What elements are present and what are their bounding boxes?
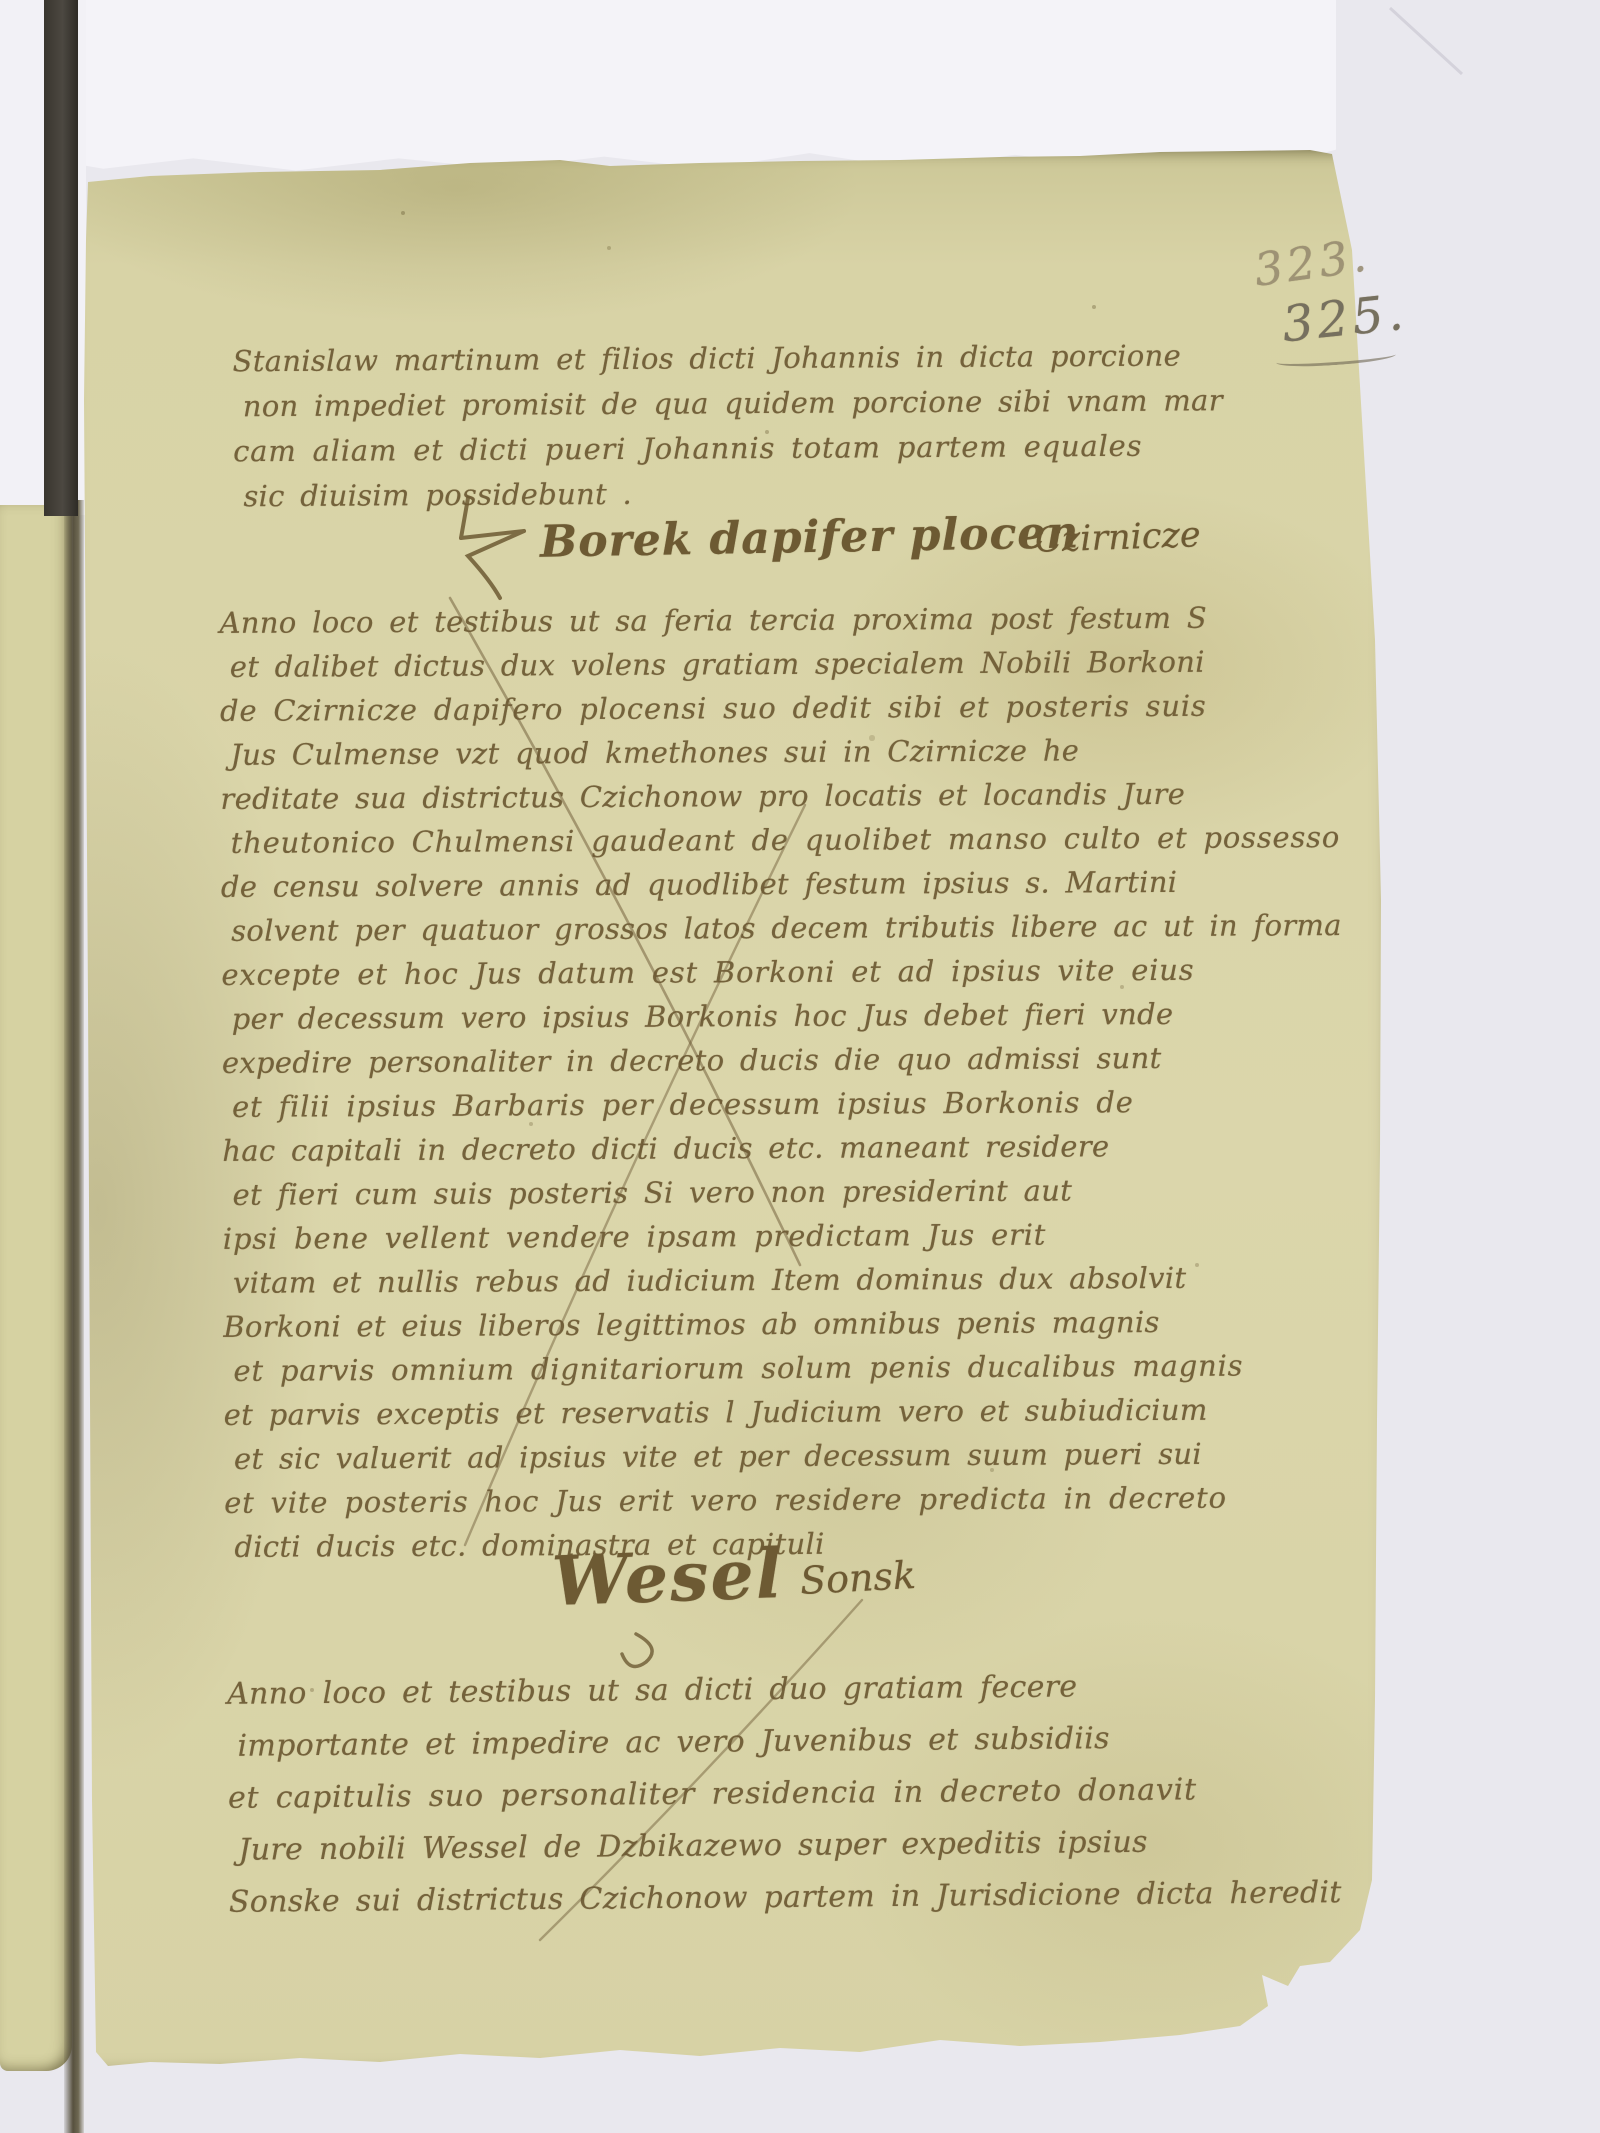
manuscript-line: Jure nobili Wessel de Dzbikazewo super e… [238,1815,1328,1877]
entry1-heading: Borek dapifer plocen [540,507,1080,567]
manuscript-line: et parvis exceptis et reservatis l Judic… [224,1387,1334,1437]
manuscript-line: per decessum vero ipsius Borkonis hoc Ju… [232,991,1332,1041]
manuscript-line: importante et impedire ac vero Juvenibus… [237,1711,1327,1773]
manuscript-line: Anno loco et testibus ut sa feria tercia… [219,595,1329,645]
entry2-margin-note: Sonsk [799,1553,917,1603]
paper-crease [1390,8,1462,74]
manuscript-line: Sonske sui districtus Czichonow partem i… [229,1867,1329,1929]
manuscript-line: reditate sua districtus Czichonow pro lo… [220,771,1330,821]
manuscript-line: et parvis omnium dignitariorum solum pen… [233,1343,1333,1393]
manuscript-line: et capitulis suo personaliter residencia… [228,1763,1328,1825]
intro-paragraph: Stanislaw martinum et filios dicti Johan… [232,333,1308,520]
manuscript-line: cam aliam et dicti pueri Johannis totam … [233,423,1308,475]
entry1-margin-note: Czirnicze [1034,515,1201,561]
manuscript-line: non impediet promisit de qua quidem porc… [243,378,1308,430]
manuscript-line: dicti ducis etc. dominastra et capituli [234,1519,1334,1569]
manuscript-line: ipsi bene vellent vendere ipsam predicta… [223,1211,1333,1261]
manuscript-line: hac capitali in decreto dicti ducis etc.… [222,1123,1332,1173]
manuscript-line: solvent per quatuor grossos latos decem … [231,903,1331,953]
manuscript-line: Jus Culmense vzt quod kmethones sui in C… [230,727,1330,777]
manuscript-line: de censu solvere annis ad quodlibet fest… [221,859,1331,909]
manuscript-line: Anno loco et testibus ut sa dicti duo gr… [227,1659,1327,1721]
manuscript-line: Borkoni et eius liberos legittimos ab om… [223,1299,1333,1349]
entry1-paragraph: Anno loco et testibus ut sa feria tercia… [219,595,1334,1569]
manuscript-line: sic diuisim possidebunt . [243,468,1308,520]
manuscript-line: et vite posteris hoc Jus erit vero resid… [224,1475,1334,1525]
backing-sheet [52,0,1336,174]
manuscript-line: Stanislaw martinum et filios dicti Johan… [232,333,1307,385]
book-gutter-shadow [64,500,84,2133]
binding-bar [44,0,78,516]
manuscript-line: de Czirnicze dapifero plocensi suo dedit… [220,683,1330,733]
manuscript-line: theutonico Chulmensi gaudeant de quolibe… [231,815,1331,865]
manuscript-line: et filii ipsius Barbaris per decessum ip… [232,1079,1332,1129]
entry2-heading: Wesel [551,1534,785,1622]
manuscript-line: expedire personaliter in decreto ducis d… [222,1035,1332,1085]
manuscript-scan: { "folio": { "previous_number": "323.", … [0,0,1600,2133]
facing-page-edge [0,505,72,2071]
manuscript-line: vitam et nullis rebus ad iudicium Item d… [233,1255,1333,1305]
foxing-speckles [0,0,2,2]
manuscript-line: excepte et hoc Jus datum est Borkoni et … [221,947,1331,997]
entry2-paragraph: Anno loco et testibus ut sa dicti duo gr… [227,1659,1329,1929]
manuscript-line: et dalibet dictus dux volens gratiam spe… [230,639,1330,689]
manuscript-line: et sic valuerit ad ipsius vite et per de… [234,1431,1334,1481]
manuscript-line: et fieri cum suis posteris Si vero non p… [232,1167,1332,1217]
